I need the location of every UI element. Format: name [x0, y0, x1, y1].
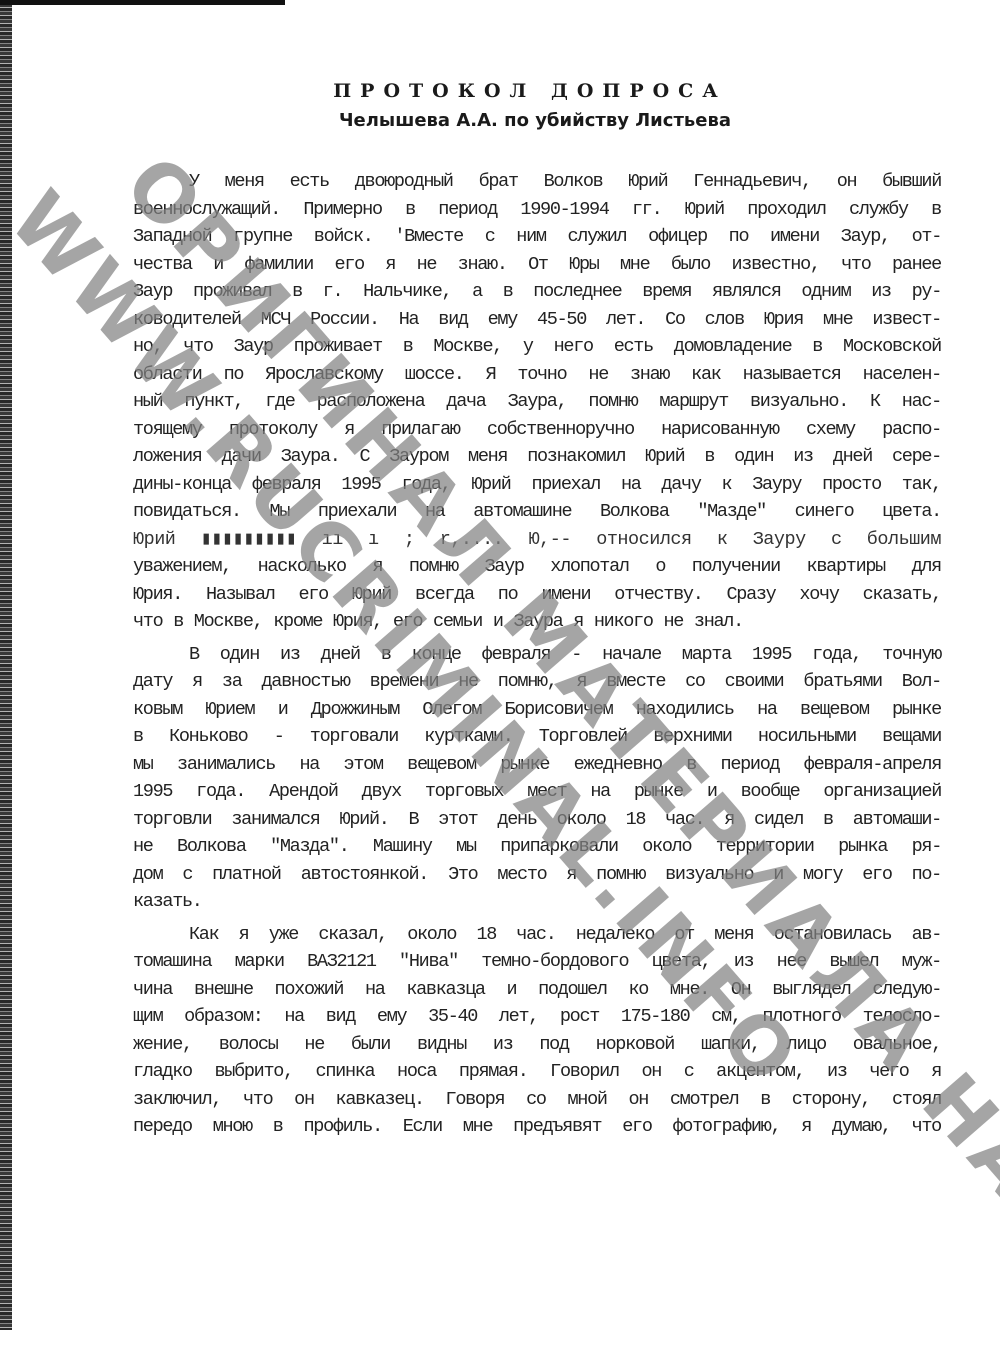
text-line: уважением, насколько я помню Заур хлопот…	[133, 553, 941, 581]
text-line: Юрия. Называл его Юрий всегда по имени о…	[133, 581, 941, 609]
text-line: Заур проживал в г. Нальчике, а в последн…	[133, 278, 941, 306]
text-line: военнослужащий. Примерно в период 1990-1…	[133, 196, 941, 224]
text-line: повидаться. Мы приехали на автомашине Во…	[133, 498, 941, 526]
text-line: но, что Заур проживает в Москве, у него …	[133, 333, 941, 361]
text-line: ложения дачи Заура. С Зауром меня познак…	[133, 443, 941, 471]
scan-edge-artifact	[0, 0, 12, 1330]
text-line: чества и фамилии его я не знаю. От Юры м…	[133, 251, 941, 279]
text-line: казать.	[133, 888, 941, 916]
text-line: заключил, что он кавказец. Говоря со мно…	[133, 1086, 941, 1114]
text-line: чина внешне похожий на кавказца и подоше…	[133, 976, 941, 1004]
text-line: Как я уже сказал, около 18 час. недалеко…	[133, 921, 941, 949]
text-line: области по Ярославскому шоссе. Я точно н…	[133, 361, 941, 389]
text-line: мы занимались на этом вещевом рынке ежед…	[133, 751, 941, 779]
text-line: гладко выбрито, спинка носа прямая. Гово…	[133, 1058, 941, 1086]
text-line: дины-конца февраля 1995 года, Юрий приех…	[133, 471, 941, 499]
text-line: торговли занимался Юрий. В этот день око…	[133, 806, 941, 834]
text-line: жение, волосы не были видны из под норко…	[133, 1031, 941, 1059]
text-line: Западной групне войск. 'Вместе с ним слу…	[133, 223, 941, 251]
text-line: дом с платной автостоянкой. Это место я …	[133, 861, 941, 889]
document-subtitle: Челышева А.А. по убийству Листьева	[0, 110, 1000, 131]
text-line: ководителей МСЧ России. На вид ему 45-50…	[133, 306, 941, 334]
document-page: ПРОТОКОЛ ДОПРОСА Челышева А.А. по убийст…	[0, 0, 1000, 1351]
text-line: ный пункт, где расположена дача Заура, п…	[133, 388, 941, 416]
text-line: что в Москве, кроме Юрия, его семьи и За…	[133, 608, 941, 636]
document-title: ПРОТОКОЛ ДОПРОСА	[0, 80, 1000, 102]
text-line: щим образом: на вид ему 35-40 лет, рост …	[133, 1003, 941, 1031]
text-line: У меня есть двоюродный брат Волков Юрий …	[133, 168, 941, 196]
scan-edge-artifact	[0, 0, 285, 5]
text-line: тоящему протоколу я прилагаю собственнор…	[133, 416, 941, 444]
text-line: передо мною в профиль. Если мне предъявя…	[133, 1113, 941, 1141]
document-body: У меня есть двоюродный брат Волков Юрий …	[133, 168, 941, 1141]
text-line: ковым Юрием и Дрожжиным Олегом Борисович…	[133, 696, 941, 724]
text-line: не Волкова "Мазда". Машину мы припаркова…	[133, 833, 941, 861]
redacted-text-line: Юрий ▮▮▮▮▮▮▮▮▮ ıı ı ; r,.... Ю,-- относи…	[133, 526, 941, 554]
text-line: томашина марки ВАЗ2121 "Нива" темно-борд…	[133, 948, 941, 976]
text-line: 1995 года. Арендой двух торговых мест на…	[133, 778, 941, 806]
text-line: В один из дней в конце февраля - начале …	[133, 641, 941, 669]
text-line: в Коньково - торговали куртками. Торговл…	[133, 723, 941, 751]
text-line: дату я за давностью времени не помню, я …	[133, 668, 941, 696]
